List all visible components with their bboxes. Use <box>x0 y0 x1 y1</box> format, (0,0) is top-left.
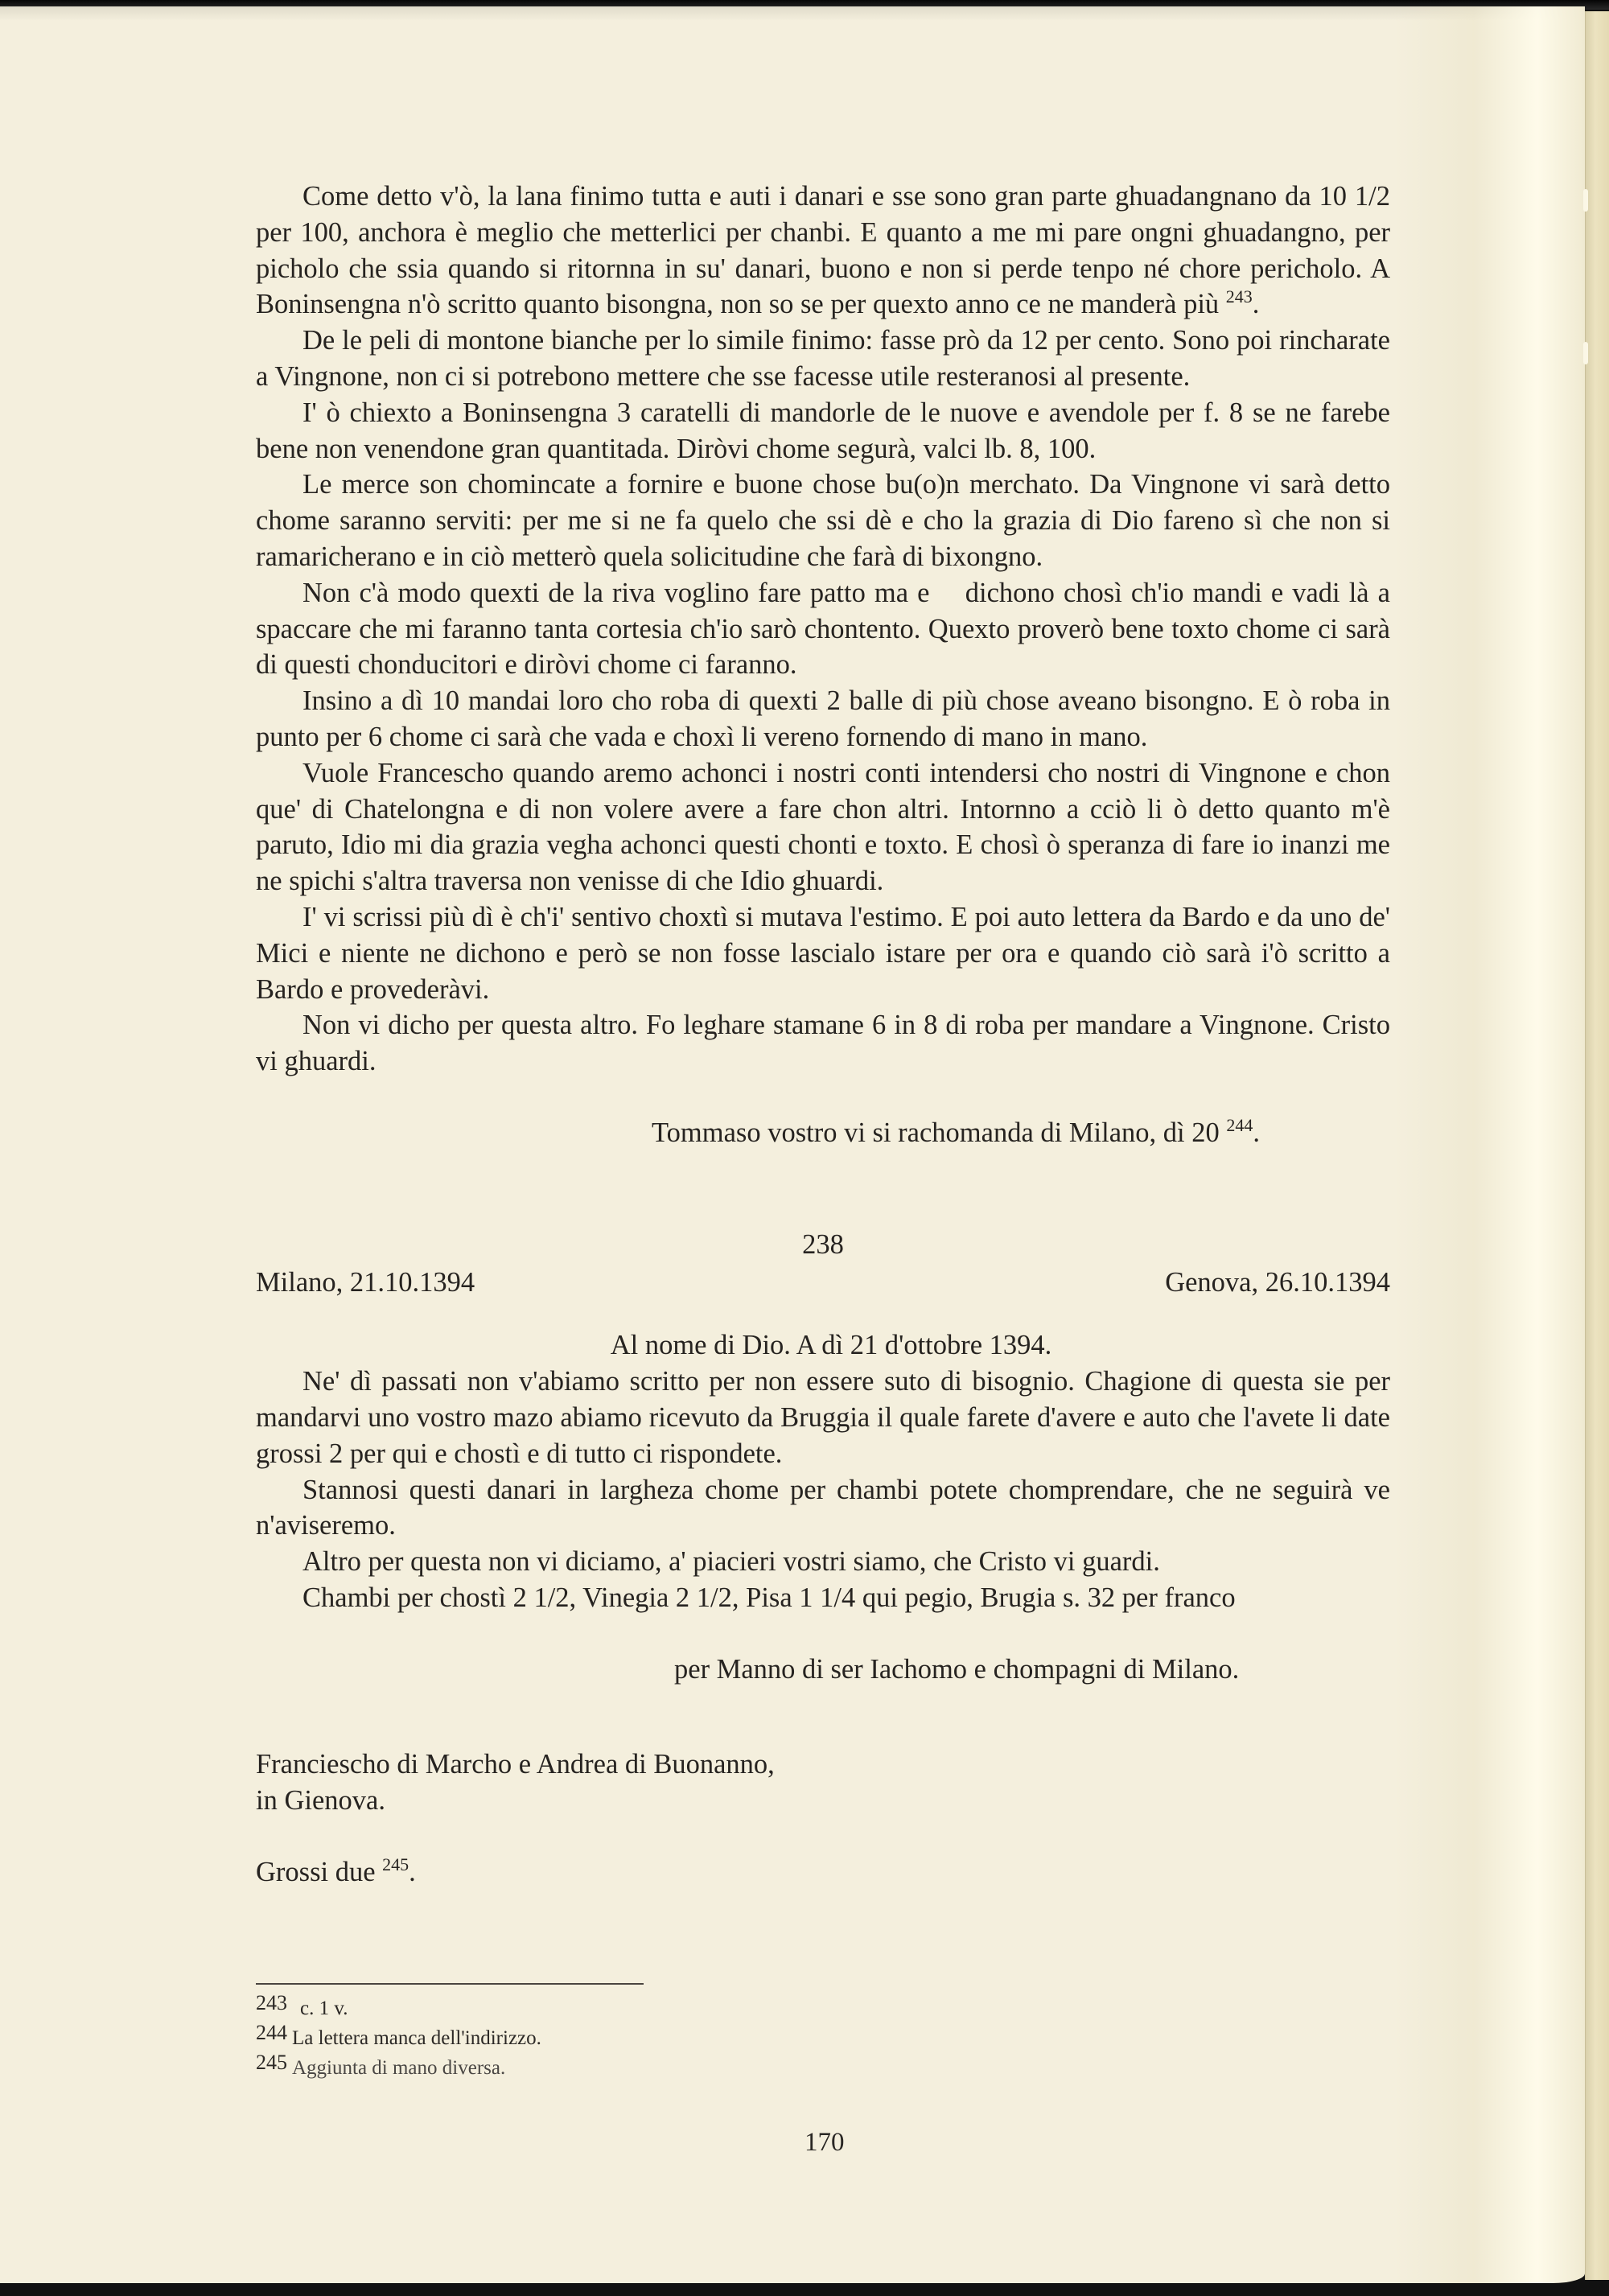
paragraph: Chambi per chostì 2 1/2, Vinegia 2 1/2, … <box>256 1580 1390 1616</box>
paragraph: Stannosi questi danari in largheza chome… <box>256 1472 1390 1545</box>
paragraph: Vuole Francescho quando aremo achonci i … <box>256 755 1390 899</box>
address-line: Franciescho di Marcho e Andrea di Buonan… <box>256 1747 1390 1783</box>
paragraph: Come detto v'ò, la lana finimo tutta e a… <box>256 179 1390 323</box>
letter-238: 238 Milano, 21.10.1394 Genova, 26.10.139… <box>256 1227 1390 1891</box>
letter-header: Milano, 21.10.1394 Genova, 26.10.1394 <box>256 1265 1390 1301</box>
footnote-text: Aggiunta di mano diversa. <box>292 2054 505 2083</box>
footnote-divider <box>256 1983 644 1985</box>
letter-continued: Come detto v'ò, la lana finimo tutta e a… <box>256 179 1390 1151</box>
paragraph: Le merce son chomincate a fornire e buon… <box>256 467 1390 574</box>
footnote: 244 La lettera manca dell'indirizzo. <box>256 2023 541 2053</box>
main-text: Come detto v'ò, la lana finimo tutta e a… <box>256 179 1390 1891</box>
paragraph: I' vi scrissi più dì è ch'i' sentivo cho… <box>256 899 1390 1007</box>
postage-note: Grossi due 245. <box>256 1854 1390 1891</box>
paragraph: Altro per questa non vi diciamo, a' piac… <box>256 1544 1390 1580</box>
punctuation: . <box>1253 1117 1260 1148</box>
address-line: in Gienova. <box>256 1783 1390 1819</box>
destination-place-date: Genova, 26.10.1394 <box>1165 1265 1390 1301</box>
letter-number: 238 <box>256 1227 1390 1263</box>
paragraph: Non c'à modo quexti de la riva voglino f… <box>256 575 1390 683</box>
paragraph: I' ò chiexto a Boninsengna 3 caratelli d… <box>256 395 1390 467</box>
paragraph: Non vi dicho per questa altro. Fo leghar… <box>256 1007 1390 1080</box>
footnote-text: La lettera manca dell'indirizzo. <box>292 2024 541 2053</box>
footnote-ref[interactable]: 244 <box>1226 1115 1253 1135</box>
page-stack-edge <box>1585 11 1609 2280</box>
page-tab-mark <box>1583 189 1588 212</box>
footnote: 245 Aggiunta di mano diversa. <box>256 2053 541 2083</box>
paragraph: Ne' dì passati non v'abiamo scritto per … <box>256 1364 1390 1471</box>
paragraph: De le peli di montone bianche per lo sim… <box>256 323 1390 395</box>
postage-text: Grossi due <box>256 1857 382 1887</box>
page-number: 170 <box>804 2128 845 2158</box>
punctuation: . <box>409 1857 416 1887</box>
sender-line: per Manno di ser Iachomo e chompagni di … <box>256 1652 1390 1688</box>
page-tab-mark <box>1583 342 1588 364</box>
footnote-number: 245 <box>256 2048 287 2077</box>
footnote-text: c. 1 v. <box>300 1994 348 2023</box>
paragraph: Insino a dì 10 mandai loro cho roba di q… <box>256 683 1390 755</box>
footnote: 243 c. 1 v. <box>256 1994 541 2023</box>
paragraph-text: Come detto v'ò, la lana finimo tutta e a… <box>256 181 1390 319</box>
footnote-number: 244 <box>256 2018 287 2047</box>
punctuation: . <box>1253 289 1260 319</box>
address-block: Franciescho di Marcho e Andrea di Buonan… <box>256 1747 1390 1819</box>
signoff-text: Tommaso vostro vi si rachomanda di Milan… <box>652 1117 1226 1148</box>
invocation: Al nome di Dio. A dì 21 d'ottobre 1394. <box>256 1327 1390 1364</box>
letter-signoff: Tommaso vostro vi si rachomanda di Milan… <box>256 1115 1390 1151</box>
footnotes: 243 c. 1 v. 244 La lettera manca dell'in… <box>256 1994 541 2083</box>
footnote-ref[interactable]: 243 <box>1226 286 1253 307</box>
origin-place-date: Milano, 21.10.1394 <box>256 1265 475 1301</box>
footnote-ref[interactable]: 245 <box>382 1854 409 1874</box>
footnote-number: 243 <box>256 1989 287 2018</box>
